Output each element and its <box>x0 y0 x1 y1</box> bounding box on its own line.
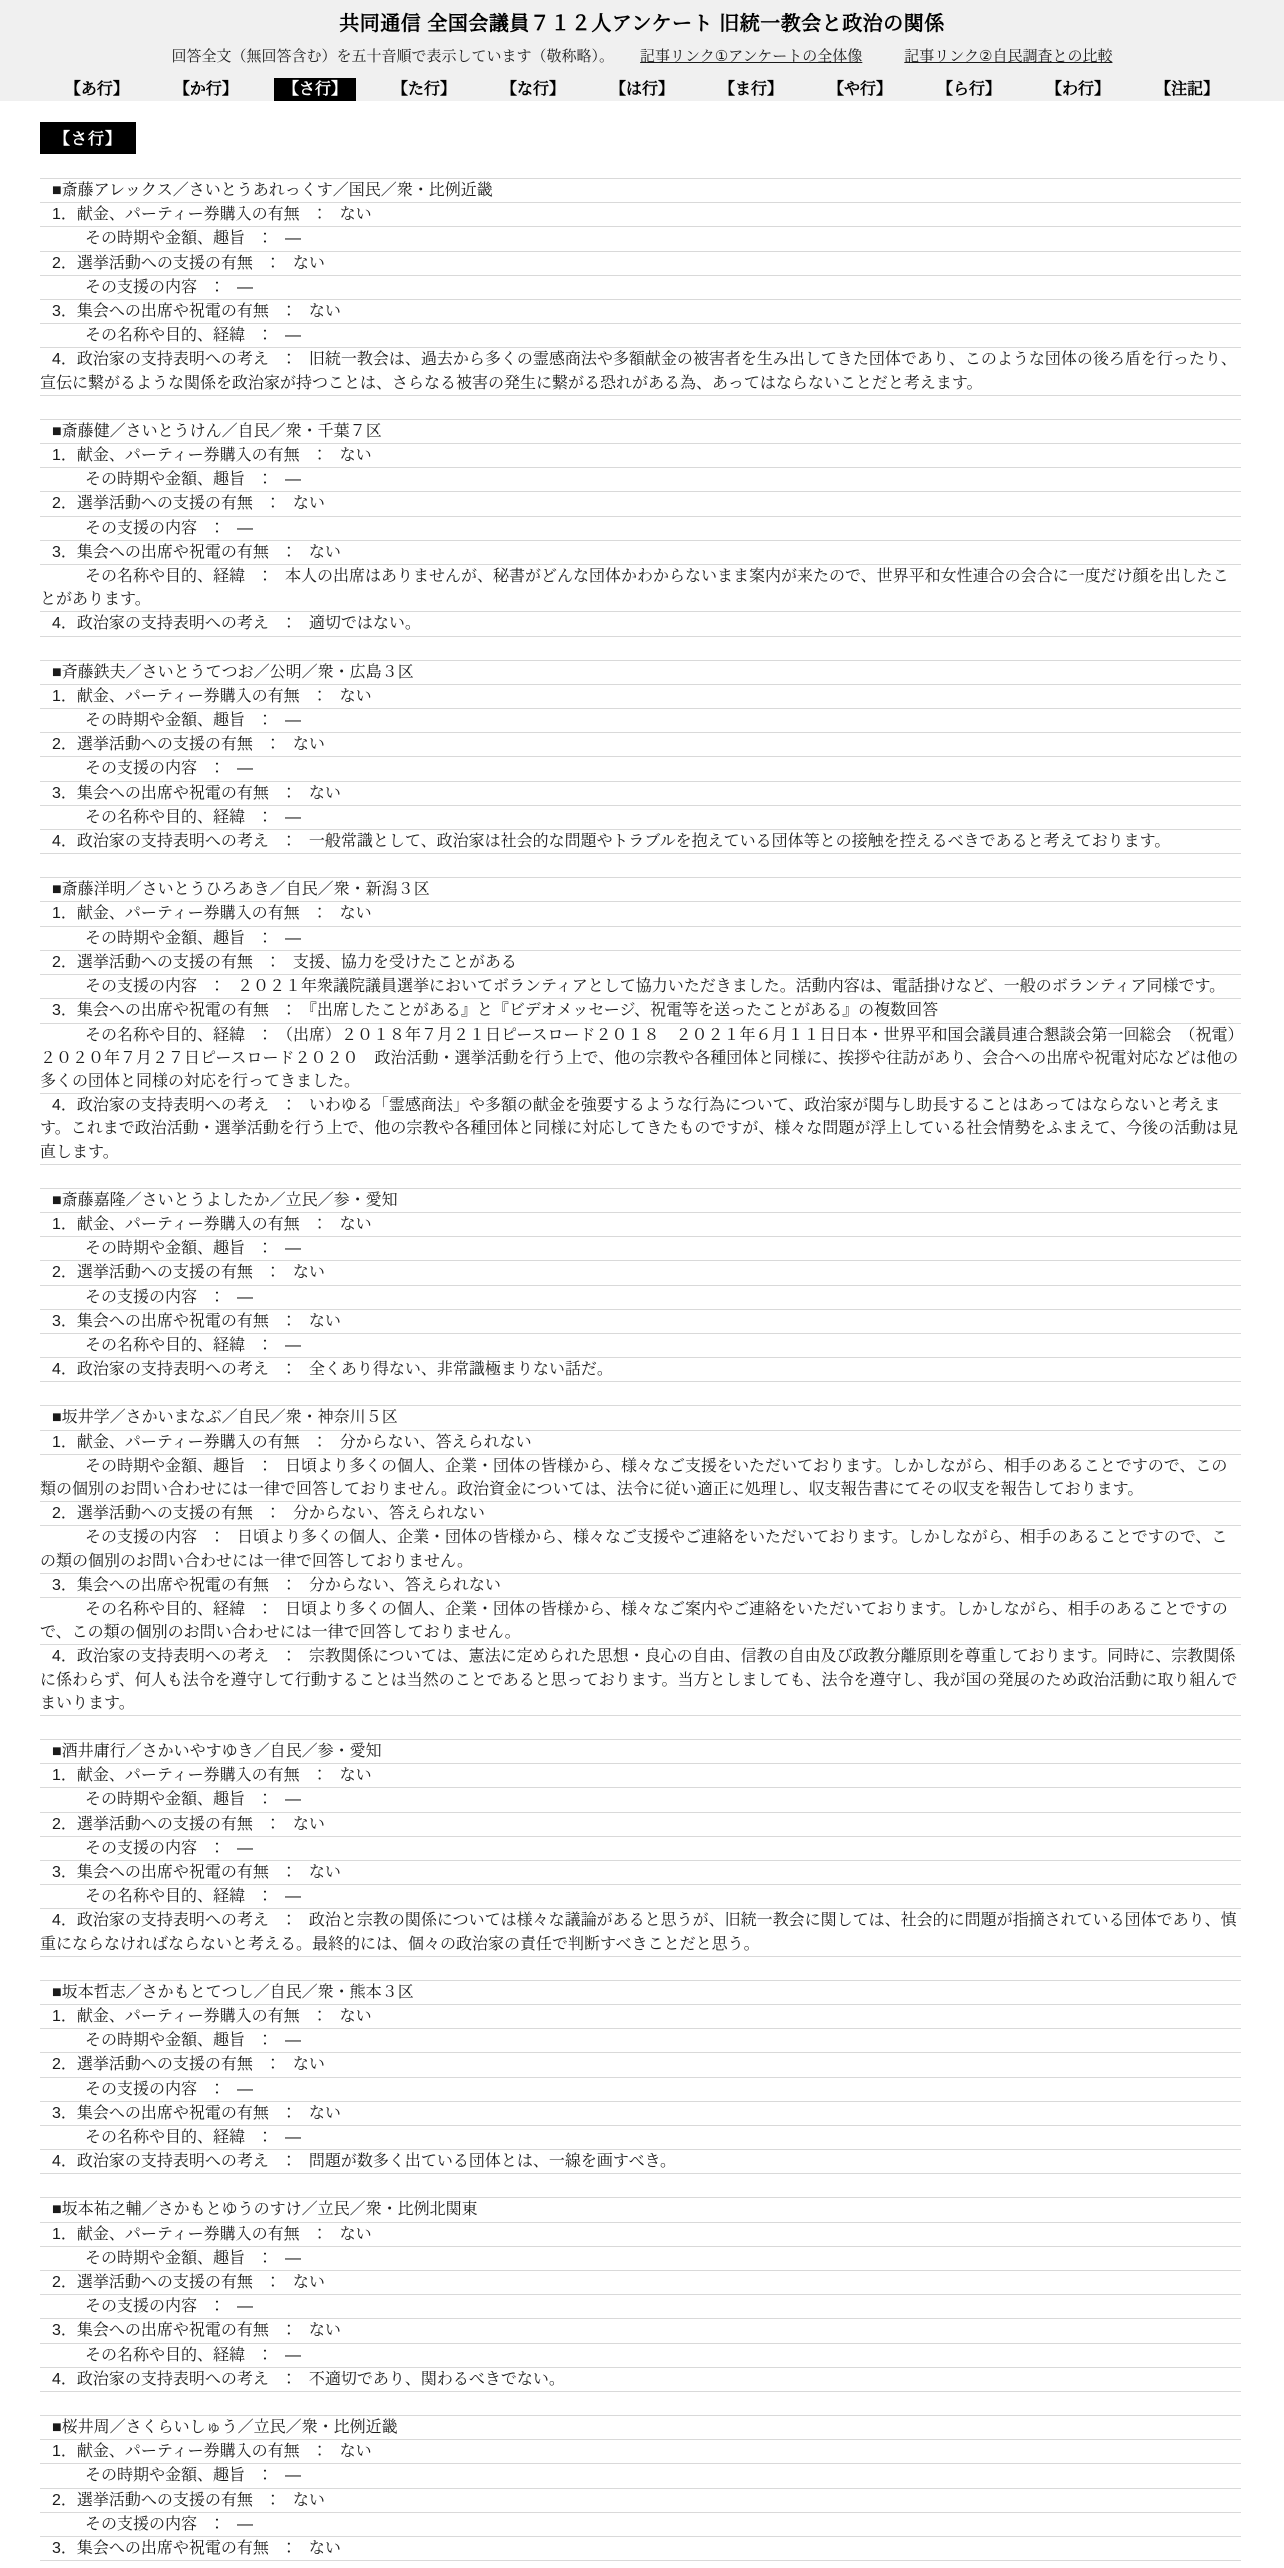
subtitle-line: 回答全文（無回答含む）を五十音順で表示しています（敬称略）。記事リンク①アンケー… <box>0 45 1284 66</box>
entry-name: ■斎藤洋明／さいとうひろあき／自民／衆・新潟３区 <box>40 878 1241 902</box>
entry-name: ■坂井学／さかいまなぶ／自民／衆・神奈川５区 <box>40 1406 1241 1430</box>
entry-name: ■酒井庸行／さかいやすゆき／自民／参・愛知 <box>40 1740 1241 1764</box>
entry-gap <box>40 396 1241 420</box>
entry-name: ■斎藤アレックス／さいとうあれっくす／国民／衆・比例近畿 <box>40 179 1241 203</box>
question-answer-row: 3．集会への出席や祝電の有無 ： 『出席したことがある』と『ビデオメッセージ、祝… <box>40 999 1241 1023</box>
answer-detail-row: その時期や金額、趣旨 ： ― <box>40 709 1241 733</box>
question-answer-row: 1．献金、パーティー券購入の有無 ： ない <box>40 1213 1241 1237</box>
nav-item-注記[interactable]: 【注記】 <box>1155 79 1219 101</box>
nav-item-な行[interactable]: 【な行】 <box>501 79 565 101</box>
kana-nav: 【あ行】【か行】【さ行】【た行】【な行】【は行】【ま行】【や行】【ら行】【わ行】… <box>0 79 1284 101</box>
survey-entries: ■斎藤アレックス／さいとうあれっくす／国民／衆・比例近畿1．献金、パーティー券購… <box>40 178 1241 2561</box>
question-answer-row: 1．献金、パーティー券購入の有無 ： ない <box>40 203 1241 227</box>
nav-item-ま行[interactable]: 【ま行】 <box>719 79 783 101</box>
answer-detail-row: その支援の内容 ： ― <box>40 1286 1241 1310</box>
entry-name: ■斎藤嘉隆／さいとうよしたか／立民／参・愛知 <box>40 1189 1241 1213</box>
entry-gap <box>40 2392 1241 2416</box>
article-link-survey-overview[interactable]: 記事リンク①アンケートの全体像 <box>640 48 862 65</box>
question-answer-row: 4．政治家の支持表明への考え ： 問題が数多く出ている団体とは、一線を画すべき。 <box>40 2150 1241 2174</box>
answer-detail-row: その時期や金額、趣旨 ： ― <box>40 1237 1241 1261</box>
answer-detail-row: その名称や目的、経緯 ： ― <box>40 1334 1241 1358</box>
answer-detail-row: その時期や金額、趣旨 ： ― <box>40 927 1241 951</box>
question-answer-row: 1．献金、パーティー券購入の有無 ： ない <box>40 685 1241 709</box>
question-answer-row: 2．選挙活動への支援の有無 ： 支援、協力を受けたことがある <box>40 951 1241 975</box>
answer-detail-row: その支援の内容 ： 日頃より多くの個人、企業・団体の皆様から、様々なご支援やご連… <box>40 1526 1241 1573</box>
question-answer-row: 1．献金、パーティー券購入の有無 ： ない <box>40 2005 1241 2029</box>
answer-detail-row: その時期や金額、趣旨 ： ― <box>40 227 1241 251</box>
answer-detail-row: その支援の内容 ： ― <box>40 517 1241 541</box>
question-answer-row: 4．政治家の支持表明への考え ： 宗教関係については、憲法に定められた思想・良心… <box>40 1645 1241 1716</box>
answer-detail-row: その名称や目的、経緯 ： ― <box>40 1885 1241 1909</box>
question-answer-row: 1．献金、パーティー券購入の有無 ： 分からない、答えられない <box>40 1431 1241 1455</box>
answer-detail-row: その名称や目的、経緯 ： ― <box>40 806 1241 830</box>
question-answer-row: 2．選挙活動への支援の有無 ： ない <box>40 2489 1241 2513</box>
nav-item-ら行[interactable]: 【ら行】 <box>937 79 1001 101</box>
article-link-ldp-comparison[interactable]: 記事リンク②自民調査との比較 <box>904 48 1112 65</box>
answer-detail-row: その支援の内容 ： ― <box>40 2295 1241 2319</box>
question-answer-row: 4．政治家の支持表明への考え ： 旧統一教会は、過去から多くの霊感商法や多額献金… <box>40 348 1241 395</box>
question-answer-row: 2．選挙活動への支援の有無 ： ない <box>40 733 1241 757</box>
answer-detail-row: その支援の内容 ： ― <box>40 2513 1241 2537</box>
nav-item-か行[interactable]: 【か行】 <box>174 79 238 101</box>
answer-detail-row: その支援の内容 ： ― <box>40 757 1241 781</box>
entry-name: ■坂本哲志／さかもとてつし／自民／衆・熊本３区 <box>40 1981 1241 2005</box>
entry-gap <box>40 1165 1241 1189</box>
nav-item-あ行[interactable]: 【あ行】 <box>65 79 129 101</box>
question-answer-row: 3．集会への出席や祝電の有無 ： ない <box>40 2537 1241 2561</box>
question-answer-row: 3．集会への出席や祝電の有無 ： ない <box>40 300 1241 324</box>
answer-detail-row: その時期や金額、趣旨 ： ― <box>40 2247 1241 2271</box>
nav-item-や行[interactable]: 【や行】 <box>828 79 892 101</box>
question-answer-row: 3．集会への出席や祝電の有無 ： ない <box>40 2102 1241 2126</box>
entry-gap <box>40 854 1241 878</box>
nav-item-さ行[interactable]: 【さ行】 <box>274 78 356 101</box>
question-answer-row: 1．献金、パーティー券購入の有無 ： ない <box>40 2440 1241 2464</box>
entry-name: ■斉藤鉄夫／さいとうてつお／公明／衆・広島３区 <box>40 661 1241 685</box>
question-answer-row: 3．集会への出席や祝電の有無 ： ない <box>40 541 1241 565</box>
question-answer-row: 2．選挙活動への支援の有無 ： ない <box>40 2271 1241 2295</box>
question-answer-row: 3．集会への出席や祝電の有無 ： ない <box>40 782 1241 806</box>
entry-gap <box>40 1382 1241 1406</box>
answer-detail-row: その時期や金額、趣旨 ： 日頃より多くの個人、企業・団体の皆様から、様々なご支援… <box>40 1455 1241 1502</box>
answer-detail-row: その支援の内容 ： ― <box>40 276 1241 300</box>
answer-detail-row: その支援の内容 ： ２０２１年衆議院議員選挙においてボランティアとして協力いただ… <box>40 975 1241 999</box>
entry-gap <box>40 637 1241 661</box>
answer-detail-row: その時期や金額、趣旨 ： ― <box>40 468 1241 492</box>
answer-detail-row: その名称や目的、経緯 ： ― <box>40 2126 1241 2150</box>
question-answer-row: 2．選挙活動への支援の有無 ： ない <box>40 492 1241 516</box>
question-answer-row: 3．集会への出席や祝電の有無 ： ない <box>40 1861 1241 1885</box>
question-answer-row: 2．選挙活動への支援の有無 ： ない <box>40 1261 1241 1285</box>
section-label: 【さ行】 <box>40 122 136 154</box>
question-answer-row: 4．政治家の支持表明への考え ： 適切ではない。 <box>40 612 1241 636</box>
answer-detail-row: その時期や金額、趣旨 ： ― <box>40 2464 1241 2488</box>
question-answer-row: 3．集会への出席や祝電の有無 ： ない <box>40 2319 1241 2343</box>
answer-detail-row: その名称や目的、経緯 ： 日頃より多くの個人、企業・団体の皆様から、様々なご案内… <box>40 1598 1241 1645</box>
question-answer-row: 3．集会への出席や祝電の有無 ： 分からない、答えられない <box>40 1574 1241 1598</box>
answer-detail-row: その支援の内容 ： ― <box>40 1837 1241 1861</box>
entry-gap <box>40 1716 1241 1740</box>
answer-detail-row: その支援の内容 ： ― <box>40 2078 1241 2102</box>
question-answer-row: 4．政治家の支持表明への考え ： 一般常識として、政治家は社会的な問題やトラブル… <box>40 830 1241 854</box>
question-answer-row: 4．政治家の支持表明への考え ： 不適切であり、関わるべきでない。 <box>40 2368 1241 2392</box>
question-answer-row: 1．献金、パーティー券購入の有無 ： ない <box>40 1764 1241 1788</box>
question-answer-row: 1．献金、パーティー券購入の有無 ： ない <box>40 2223 1241 2247</box>
question-answer-row: 4．政治家の支持表明への考え ： 全くあり得ない、非常識極まりない話だ。 <box>40 1358 1241 1382</box>
entry-gap <box>40 2174 1241 2198</box>
entry-name: ■坂本祐之輔／さかもとゆうのすけ／立民／衆・比例北関東 <box>40 2198 1241 2222</box>
answer-detail-row: その時期や金額、趣旨 ： ― <box>40 1788 1241 1812</box>
main-area: 【さ行】 ■斎藤アレックス／さいとうあれっくす／国民／衆・比例近畿1．献金、パー… <box>40 101 1241 2561</box>
question-answer-row: 2．選挙活動への支援の有無 ： ない <box>40 252 1241 276</box>
question-answer-row: 2．選挙活動への支援の有無 ： ない <box>40 1813 1241 1837</box>
question-answer-row: 4．政治家の支持表明への考え ： いわゆる「霊感商法」や多額の献金を強要するよう… <box>40 1094 1241 1165</box>
question-answer-row: 2．選挙活動への支援の有無 ： 分からない、答えられない <box>40 1502 1241 1526</box>
nav-item-わ行[interactable]: 【わ行】 <box>1046 79 1110 101</box>
page-title: 共同通信 全国会議員７１２人アンケート 旧統一教会と政治の関係 <box>0 0 1284 36</box>
nav-item-た行[interactable]: 【た行】 <box>392 79 456 101</box>
question-answer-row: 4．政治家の支持表明への考え ： 政治と宗教の関係については様々な議論があると思… <box>40 1909 1241 1956</box>
nav-item-は行[interactable]: 【は行】 <box>610 79 674 101</box>
question-answer-row: 1．献金、パーティー券購入の有無 ： ない <box>40 444 1241 468</box>
entry-name: ■桜井周／さくらいしゅう／立民／衆・比例近畿 <box>40 2416 1241 2440</box>
answer-detail-row: その名称や目的、経緯 ： （出席）２０１８年７月２１日ピースロード２０１８ ２０… <box>40 1024 1241 1095</box>
subtitle-text: 回答全文（無回答含む）を五十音順で表示しています（敬称略）。 <box>172 48 615 65</box>
answer-detail-row: その時期や金額、趣旨 ： ― <box>40 2029 1241 2053</box>
question-answer-row: 1．献金、パーティー券購入の有無 ： ない <box>40 902 1241 926</box>
answer-detail-row: その名称や目的、経緯 ： ― <box>40 324 1241 348</box>
answer-detail-row: その名称や目的、経緯 ： 本人の出席はありませんが、秘書がどんな団体かわからない… <box>40 565 1241 612</box>
question-answer-row: 3．集会への出席や祝電の有無 ： ない <box>40 1310 1241 1334</box>
page-header: 共同通信 全国会議員７１２人アンケート 旧統一教会と政治の関係 回答全文（無回答… <box>0 0 1284 101</box>
entry-name: ■斎藤健／さいとうけん／自民／衆・千葉７区 <box>40 420 1241 444</box>
question-answer-row: 2．選挙活動への支援の有無 ： ない <box>40 2053 1241 2077</box>
answer-detail-row: その名称や目的、経緯 ： ― <box>40 2344 1241 2368</box>
entry-gap <box>40 1957 1241 1981</box>
